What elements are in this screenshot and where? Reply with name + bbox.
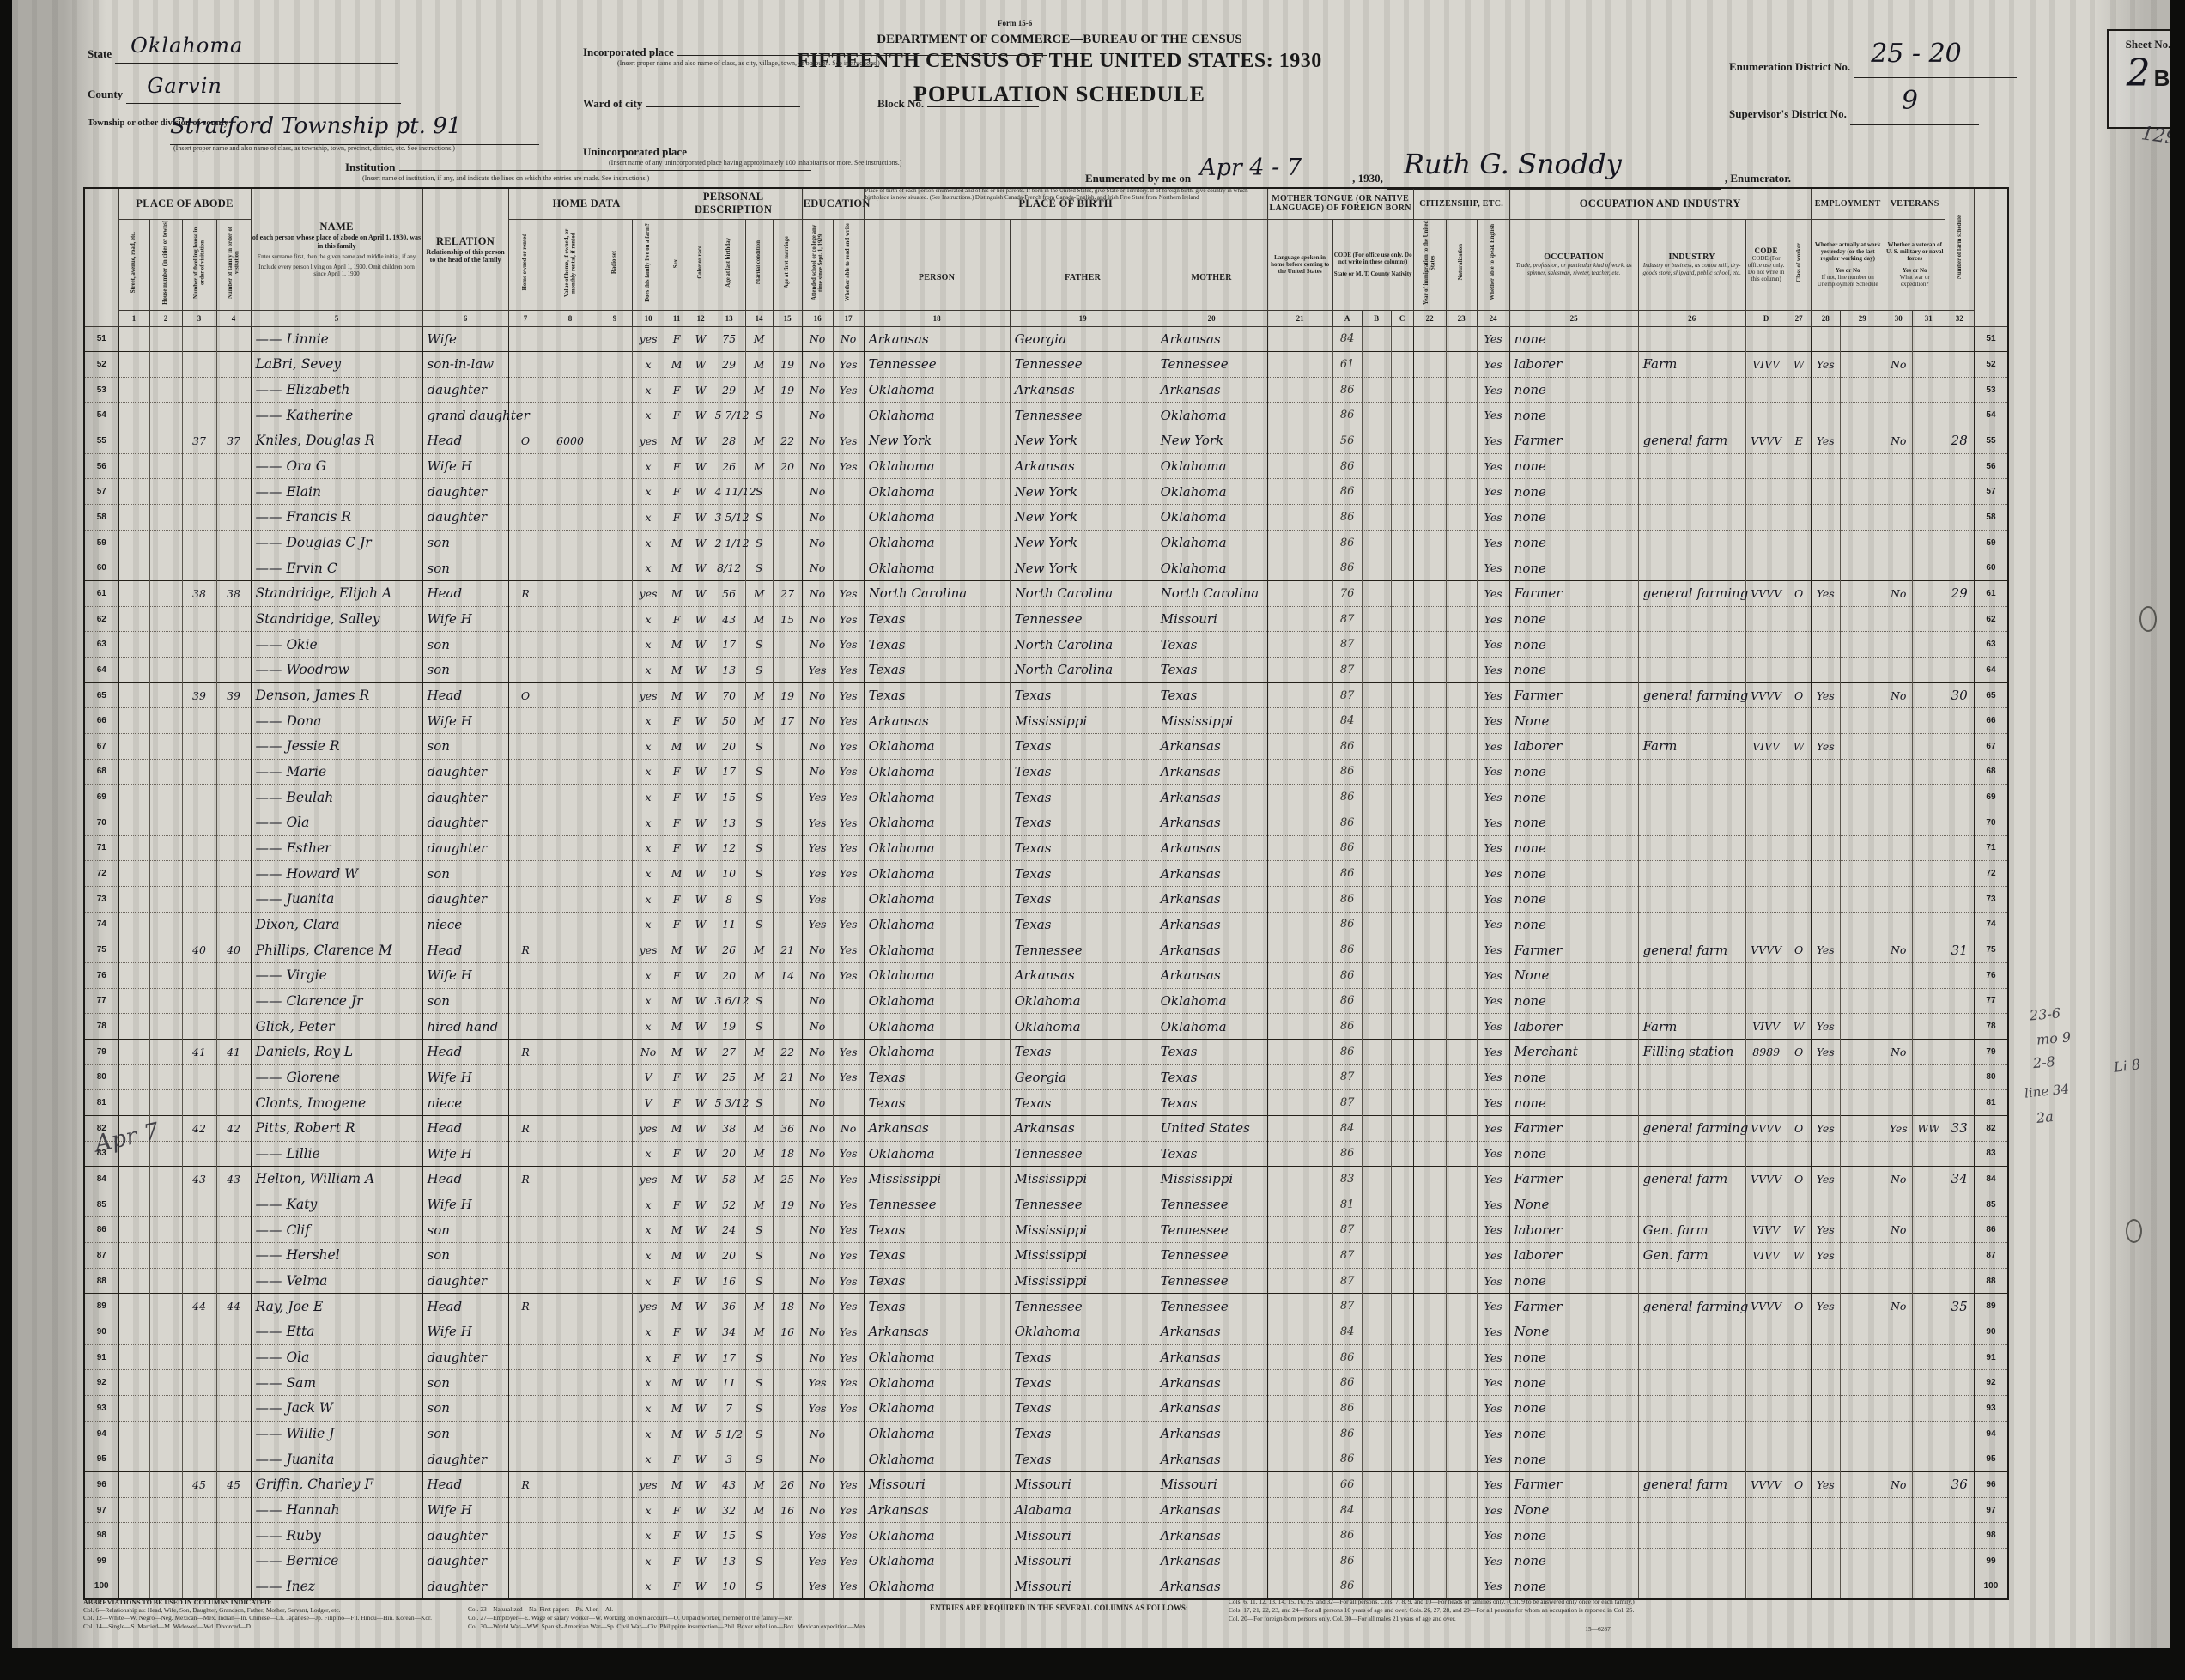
state-label: State: [88, 47, 112, 60]
census-row: 72—— Howard WsonxMW10SYesYesOklahomaTexa…: [84, 861, 2008, 887]
township-caption: (Insert proper name and also name of cla…: [173, 145, 637, 153]
census-row: 62Standridge, SalleyWife HxFW43M15NoYesT…: [84, 606, 2008, 632]
group-mother-tongue: MOTHER TONGUE (OR NATIVE LANGUAGE) OF FO…: [1267, 188, 1413, 219]
col-year-immigration: Year of immigration to the United States: [1413, 219, 1446, 310]
census-row: 78Glick, Peterhired handxMW19SNoOklahoma…: [84, 1014, 2008, 1040]
enumerated-year: , 1930,: [1352, 172, 1383, 185]
scan-edge-right: [2170, 0, 2185, 1680]
col-occupation: OCCUPATION Trade, profession, or particu…: [1509, 219, 1638, 310]
census-row: 77—— Clarence JrsonxMW3 6/12SNoOklahomaO…: [84, 988, 2008, 1014]
col-sex: Sex: [665, 219, 689, 310]
sheet-value: 2: [2127, 52, 2151, 95]
census-row: 100—— InezdaughterxFW10SYesYesOklahomaMi…: [84, 1574, 2008, 1599]
group-place-of-abode: PLACE OF ABODE: [118, 188, 251, 219]
census-row: 66—— DonaWife HxFW50M17NoYesArkansasMiss…: [84, 708, 2008, 734]
census-row: 56—— Ora GWife HxFW26M20NoYesOklahomaArk…: [84, 453, 2008, 479]
col-color: Color or race: [689, 219, 713, 310]
footer-right: Cols. 6, 11, 12, 13, 14, 15, 16, 25, and…: [1229, 1598, 1967, 1634]
census-row: 81Clonts, ImogenenieceVFW5 3/12SNoTexasT…: [84, 1090, 2008, 1116]
census-row: 553737Kniles, Douglas RHeadO6000yesMW28M…: [84, 428, 2008, 454]
enumerated-label: Enumerated by me on: [1085, 172, 1191, 185]
col-farm-schedule: Number of farm schedule: [1945, 188, 1974, 310]
margin-annotation: mo 9: [2036, 1028, 2072, 1047]
footer-note: Col. 27—Employer—E. Wage or salary worke…: [468, 1615, 914, 1622]
supervisor-district-label: Supervisor's District No.: [1729, 107, 1847, 120]
census-row: 60—— Ervin CsonxMW8/12SNoOklahomaNew Yor…: [84, 555, 2008, 581]
supervisor-district-value: 9: [1902, 86, 1918, 116]
enumerated-dates: Apr 4 - 7: [1199, 155, 1302, 181]
census-row: 894444Ray, Joe EHeadRyesMW36M18NoYesTexa…: [84, 1294, 2008, 1319]
col-read-write: Whether able to read and write: [833, 219, 864, 310]
margin-annotation: line 34: [2024, 1081, 2070, 1101]
line-col-right: [1974, 188, 2008, 326]
county-value: Garvin: [147, 74, 222, 98]
col-age: Age at last birthday: [713, 219, 745, 310]
census-row: 73—— JuanitadaughterxFW8SYesOklahomaTexa…: [84, 886, 2008, 912]
census-row: 99—— BernicedaughterxFW13SYesYesOklahoma…: [84, 1549, 2008, 1574]
census-row: 74Dixon, ClaraniecexFW11SYesYesOklahomaT…: [84, 912, 2008, 937]
col-radio: Radio set: [598, 219, 632, 310]
group-education: EDUCATION: [802, 188, 864, 219]
col-birthplace-person: Place of birth of each person enumerated…: [864, 219, 1010, 310]
census-row: 51—— LinnieWifeyesFW75MNoNoArkansasGeorg…: [84, 326, 2008, 352]
col-school: Attended school or college any time sinc…: [802, 219, 833, 310]
state-value: Oklahoma: [130, 33, 243, 58]
group-relation: RELATION Relationship of this person to …: [422, 188, 508, 310]
col-home-value: Value of home, if owned, or monthly rent…: [543, 219, 598, 310]
census-row: 58—— Francis RdaughterxFW3 5/12SNoOklaho…: [84, 505, 2008, 531]
institution-label: Institution: [345, 161, 396, 173]
col-veteran-caption: Whether a veteran of U. S. military or n…: [1885, 219, 1945, 310]
enumerator-name: Ruth G. Snoddy: [1404, 148, 1622, 180]
census-row: 63—— OkiesonxMW17SNoYesTexasNorth Caroli…: [84, 632, 2008, 658]
census-row: 98—— RubydaughterxFW15SYesYesOklahomaMis…: [84, 1523, 2008, 1549]
col-dwelling-number: Number of dwelling house in order of vis…: [182, 219, 216, 310]
census-row: 844343Helton, William AHeadRyesMW58M25No…: [84, 1167, 2008, 1192]
incorporated-label: Incorporated place: [583, 45, 674, 58]
group-name: NAME of each person whose place of abode…: [251, 188, 422, 310]
census-row: 71—— EstherdaughterxFW12SYesYesOklahomaT…: [84, 835, 2008, 861]
enumerator-suffix: , Enumerator.: [1725, 172, 1791, 185]
col-occupation-code: CODE CODE (For office use only. Do not w…: [1745, 219, 1787, 310]
census-row: 83—— LillieWife HxFW20M18NoYesOklahomaTe…: [84, 1141, 2008, 1167]
census-row: 69—— BeulahdaughterxFW15SYesYesOklahomaT…: [84, 785, 2008, 810]
census-scan-page: Form 15-6 DEPARTMENT OF COMMERCE—BUREAU …: [0, 0, 2185, 1680]
footer-note: Col. 20—For foreign-born persons only. C…: [1229, 1616, 1967, 1623]
census-row: 57—— ElaindaughterxFW4 11/12SNoOklahomaN…: [84, 479, 2008, 505]
form-number: Form 15-6: [998, 19, 1032, 27]
enum-district-label: Enumeration District No.: [1729, 60, 1850, 73]
census-row: 95—— JuanitadaughterxFW3SNoOklahomaTexas…: [84, 1446, 2008, 1472]
col-mother-tongue: Language spoken in home before coming to…: [1267, 219, 1332, 310]
group-home-data: HOME DATA: [508, 188, 665, 219]
scan-edge-left: [0, 0, 12, 1680]
census-row: 653939Denson, James RHeadOyesMW70M19NoYe…: [84, 682, 2008, 708]
col-house-number: House number (in cities or towns): [149, 219, 182, 310]
footer-note: Col. 30—World War—WW. Spanish-American W…: [468, 1623, 914, 1631]
footer-note: Cols. 6, 11, 12, 13, 14, 15, 16, 25, and…: [1229, 1598, 1967, 1606]
census-row: 90—— EttaWife HxFW34M16NoYesArkansasOkla…: [84, 1319, 2008, 1345]
census-row: 93—— Jack WsonxMW7SYesYesOklahomaTexasAr…: [84, 1396, 2008, 1422]
col-age-married: Age at first marriage: [773, 219, 802, 310]
census-row: 824242Pitts, Robert RHeadRyesMW38M36NoNo…: [84, 1115, 2008, 1141]
census-row: 86—— ClifsonxMW24SNoYesTexasMississippiT…: [84, 1217, 2008, 1243]
col-street: Street, avenue, road, etc.: [118, 219, 149, 310]
census-row: 64—— WoodrowsonxMW13SYesYesTexasNorth Ca…: [84, 658, 2008, 683]
census-row: 91—— OladaughterxFW17SNoYesOklahomaTexas…: [84, 1344, 2008, 1370]
col-birthplace-mother: MOTHER: [1156, 219, 1267, 310]
footer-note: Cols. 17, 21, 22, 23, and 24—For all per…: [1229, 1607, 1967, 1615]
column-number-row: 1234 56 78910 1112131415 1617 181920 21A…: [84, 310, 2008, 326]
census-row: 92—— SamsonxMW11SYesYesOklahomaTexasArka…: [84, 1370, 2008, 1396]
census-row: 67—— Jessie RsonxMW20SNoYesOklahomaTexas…: [84, 734, 2008, 760]
paper-sheet: Form 15-6 DEPARTMENT OF COMMERCE—BUREAU …: [12, 0, 2170, 1648]
schedule-title: POPULATION SCHEDULE: [785, 82, 1334, 107]
col-marital: Marital condition: [745, 219, 773, 310]
group-employment: EMPLOYMENT: [1811, 188, 1885, 219]
col-code-abc: CODE (For office use only. Do not write …: [1332, 219, 1413, 310]
census-row: 88—— VelmadaughterxFW16SNoYesTexasMissis…: [84, 1268, 2008, 1294]
census-rows: 51—— LinnieWifeyesFW75MNoNoArkansasGeorg…: [84, 326, 2008, 1599]
enum-district-value: 25 - 20: [1871, 39, 1962, 69]
census-row: 76—— VirgieWife HxFW20M14NoYesOklahomaAr…: [84, 962, 2008, 988]
margin-annotation: 2a: [2036, 1108, 2055, 1126]
census-row: 754040Phillips, Clarence MHeadRyesMW26M2…: [84, 937, 2008, 963]
census-row: 59—— Douglas C JrsonxMW2 1/12SNoOklahoma…: [84, 530, 2008, 555]
sheet-letter: B: [2154, 65, 2170, 91]
census-row: 964545Griffin, Charley FHeadRyesMW43M26N…: [84, 1472, 2008, 1498]
margin-circle-mark: [2139, 606, 2157, 632]
line-col-left: [84, 188, 118, 326]
col-industry: INDUSTRY Industry or business, as cotton…: [1638, 219, 1745, 310]
col-farm: Does this family live on a farm?: [632, 219, 665, 310]
footer-middle: Col. 23—Naturalized—Na. First papers—Pa.…: [468, 1606, 914, 1632]
footer-note: Col. 6—Relationship as: Head, Wife, Son,…: [83, 1607, 452, 1615]
census-row: 52LaBri, Seveyson-in-lawxMW29M19NoYesTen…: [84, 352, 2008, 378]
print-mark: 15—6287: [1229, 1626, 1967, 1634]
census-row: 70—— OladaughterxFW13SYesYesOklahomaTexa…: [84, 810, 2008, 835]
incorporated-caption: (Insert proper name and also name of cla…: [617, 60, 1047, 68]
census-row: 54—— Katherinegrand daughterxFW5 7/12SNo…: [84, 403, 2008, 428]
census-row: 53—— ElizabethdaughterxFW29M19NoYesOklah…: [84, 377, 2008, 403]
ward-label: Ward of city: [583, 97, 642, 110]
col-birthplace-father: FATHER: [1010, 219, 1156, 310]
col-family-number: Number of family in order of visitation: [216, 219, 251, 310]
unincorporated-label: Unincorporated place: [583, 145, 687, 158]
group-citizenship: CITIZENSHIP, ETC.: [1413, 188, 1509, 219]
institution-caption: (Insert name of institution, if any, and…: [362, 175, 811, 183]
census-row: 794141Daniels, Roy LHeadRNoMW27M22NoYesO…: [84, 1039, 2008, 1064]
margin-annotation: 23-6: [2029, 1004, 2061, 1023]
col-home-owned: Home owned or rented: [508, 219, 543, 310]
census-row: 613838Standridge, Elijah AHeadRyesMW56M2…: [84, 581, 2008, 607]
census-row: 94—— Willie JsonxMW5 1/2SNoOklahomaTexas…: [84, 1421, 2008, 1446]
footer-note: Col. 12—White—W. Negro—Neg. Mexican—Mex.…: [83, 1615, 452, 1622]
township-label: Township or other division of county: [88, 118, 167, 128]
footer-center: ENTRIES ARE REQUIRED IN THE SEVERAL COLU…: [930, 1604, 1213, 1613]
footer-left: ABBREVIATIONS TO BE USED IN COLUMNS INDI…: [83, 1598, 452, 1632]
col-worker-class: Class of worker: [1787, 219, 1811, 310]
group-personal-description: PERSONAL DESCRIPTION: [665, 188, 802, 219]
population-schedule-table: PLACE OF ABODE NAME of each person whose…: [83, 187, 2009, 1600]
county-label: County: [88, 88, 123, 100]
census-row: 97—— HannahWife HxFW32M16NoYesArkansasAl…: [84, 1497, 2008, 1523]
census-row: 85—— KatyWife HxFW52M19NoYesTennesseeTen…: [84, 1192, 2008, 1217]
footer-note: Col. 23—Naturalized—Na. First papers—Pa.…: [468, 1606, 914, 1614]
group-veterans: VETERANS: [1885, 188, 1945, 219]
block-label: Block No.: [877, 97, 924, 110]
margin-circle-mark: [2126, 1219, 2142, 1243]
census-row: 80—— GloreneWife HVFW25M21NoYesTexasGeor…: [84, 1064, 2008, 1090]
census-row: 68—— MariedaughterxFW17SNoYesOklahomaTex…: [84, 759, 2008, 785]
col-naturalization: Naturalization: [1446, 219, 1477, 310]
footer-note: Col. 14—Single—S. Married—M. Widowed—Wd.…: [83, 1623, 452, 1631]
margin-annotation: Li 8: [2113, 1056, 2141, 1076]
col-employment-caption: Whether actually at work yesterday (or t…: [1811, 219, 1885, 310]
census-row: 87—— HershelsonxMW20SNoYesTexasMississip…: [84, 1243, 2008, 1269]
col-speaks-english: Whether able to speak English: [1477, 219, 1509, 310]
scan-edge-bottom: [0, 1648, 2185, 1680]
footer-notes: ABBREVIATIONS TO BE USED IN COLUMNS INDI…: [83, 1598, 2011, 1634]
group-occupation-industry: OCCUPATION AND INDUSTRY: [1509, 188, 1811, 219]
township-value: Stratford Township pt. 91: [170, 113, 461, 139]
margin-annotation: 2-8: [2032, 1053, 2055, 1071]
